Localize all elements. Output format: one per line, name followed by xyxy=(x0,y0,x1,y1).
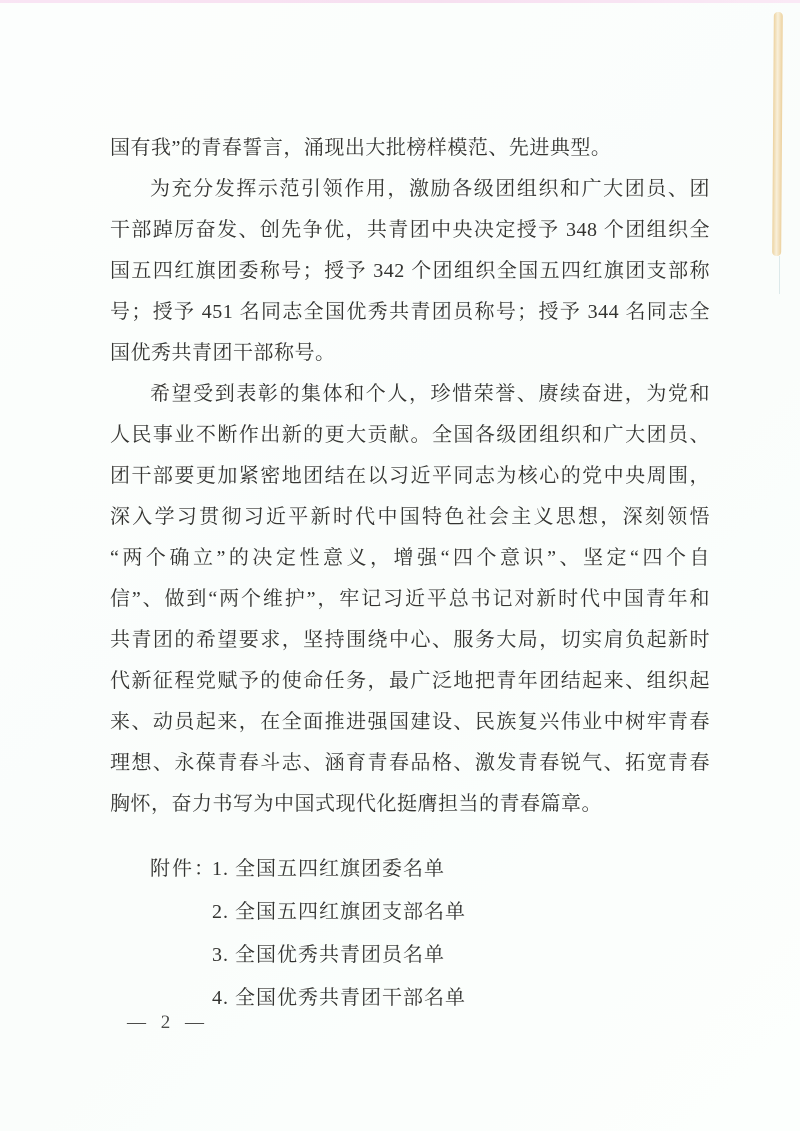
text-line: 代新征程党赋予的使命任务，最广泛地把青年团结起来、组织起 xyxy=(110,661,710,702)
scan-artifact-top-edge xyxy=(0,0,800,3)
text-line: 深入学习贯彻习近平新时代中国特色社会主义思想，深刻领悟 xyxy=(110,497,710,538)
attachment-block: 附件： 1. 全国五四红旗团委名单2. 全国五四红旗团支部名单3. 全国优秀共青… xyxy=(150,848,466,1020)
text-line: 国有我”的青春誓言，涌现出大批榜样模范、先进典型。 xyxy=(110,128,710,169)
text-line: 信”、做到“两个维护”，牢记习近平总书记对新时代中国青年和 xyxy=(110,579,710,620)
attachment-item: 1. 全国五四红旗团委名单 xyxy=(212,848,466,891)
text-line: 来、动员起来，在全面推进强国建设、民族复兴伟业中树牢青春 xyxy=(110,702,710,743)
text-line: 干部踔厉奋发、创先争优，共青团中央决定授予 348 个团组织全 xyxy=(110,210,710,251)
text-line: 号；授予 451 名同志全国优秀共青团员称号；授予 344 名同志全 xyxy=(110,292,710,333)
text-line: 人民事业不断作出新的更大贡献。全国各级团组织和广大团员、 xyxy=(110,415,710,456)
text-line: “两个确立”的决定性意义，增强“四个意识”、坚定“四个自 xyxy=(110,538,710,579)
attachment-label: 附件： xyxy=(150,848,212,891)
scan-artifact-tape-stripe xyxy=(772,12,783,256)
attachment-item: 2. 全国五四红旗团支部名单 xyxy=(212,891,466,934)
text-line: 国优秀共青团干部称号。 xyxy=(110,333,710,374)
attachment-item: 3. 全国优秀共青团员名单 xyxy=(212,934,466,977)
text-line: 胸怀，奋力书写为中国式现代化挺膺担当的青春篇章。 xyxy=(110,784,710,825)
text-line: 希望受到表彰的集体和个人，珍惜荣誉、赓续奋进，为党和 xyxy=(110,374,710,415)
page-number: — 2 — xyxy=(127,1010,209,1036)
text-line: 国五四红旗团委称号；授予 342 个团组织全国五四红旗团支部称 xyxy=(110,251,710,292)
scan-artifact-stripe-tail xyxy=(779,256,780,294)
document-body: 国有我”的青春誓言，涌现出大批榜样模范、先进典型。为充分发挥示范引领作用，激励各… xyxy=(110,128,710,825)
attachment-item: 4. 全国优秀共青团干部名单 xyxy=(212,977,466,1020)
text-line: 团干部要更加紧密地团结在以习近平同志为核心的党中央周围， xyxy=(110,456,710,497)
scanned-document-page: 国有我”的青春誓言，涌现出大批榜样模范、先进典型。为充分发挥示范引领作用，激励各… xyxy=(0,0,800,1131)
text-line: 为充分发挥示范引领作用，激励各级团组织和广大团员、团 xyxy=(110,169,710,210)
text-line: 共青团的希望要求，坚持围绕中心、服务大局，切实肩负起新时 xyxy=(110,620,710,661)
text-line: 理想、永葆青春斗志、涵育青春品格、激发青春锐气、拓宽青春 xyxy=(110,743,710,784)
attachment-items: 1. 全国五四红旗团委名单2. 全国五四红旗团支部名单3. 全国优秀共青团员名单… xyxy=(212,848,466,1020)
